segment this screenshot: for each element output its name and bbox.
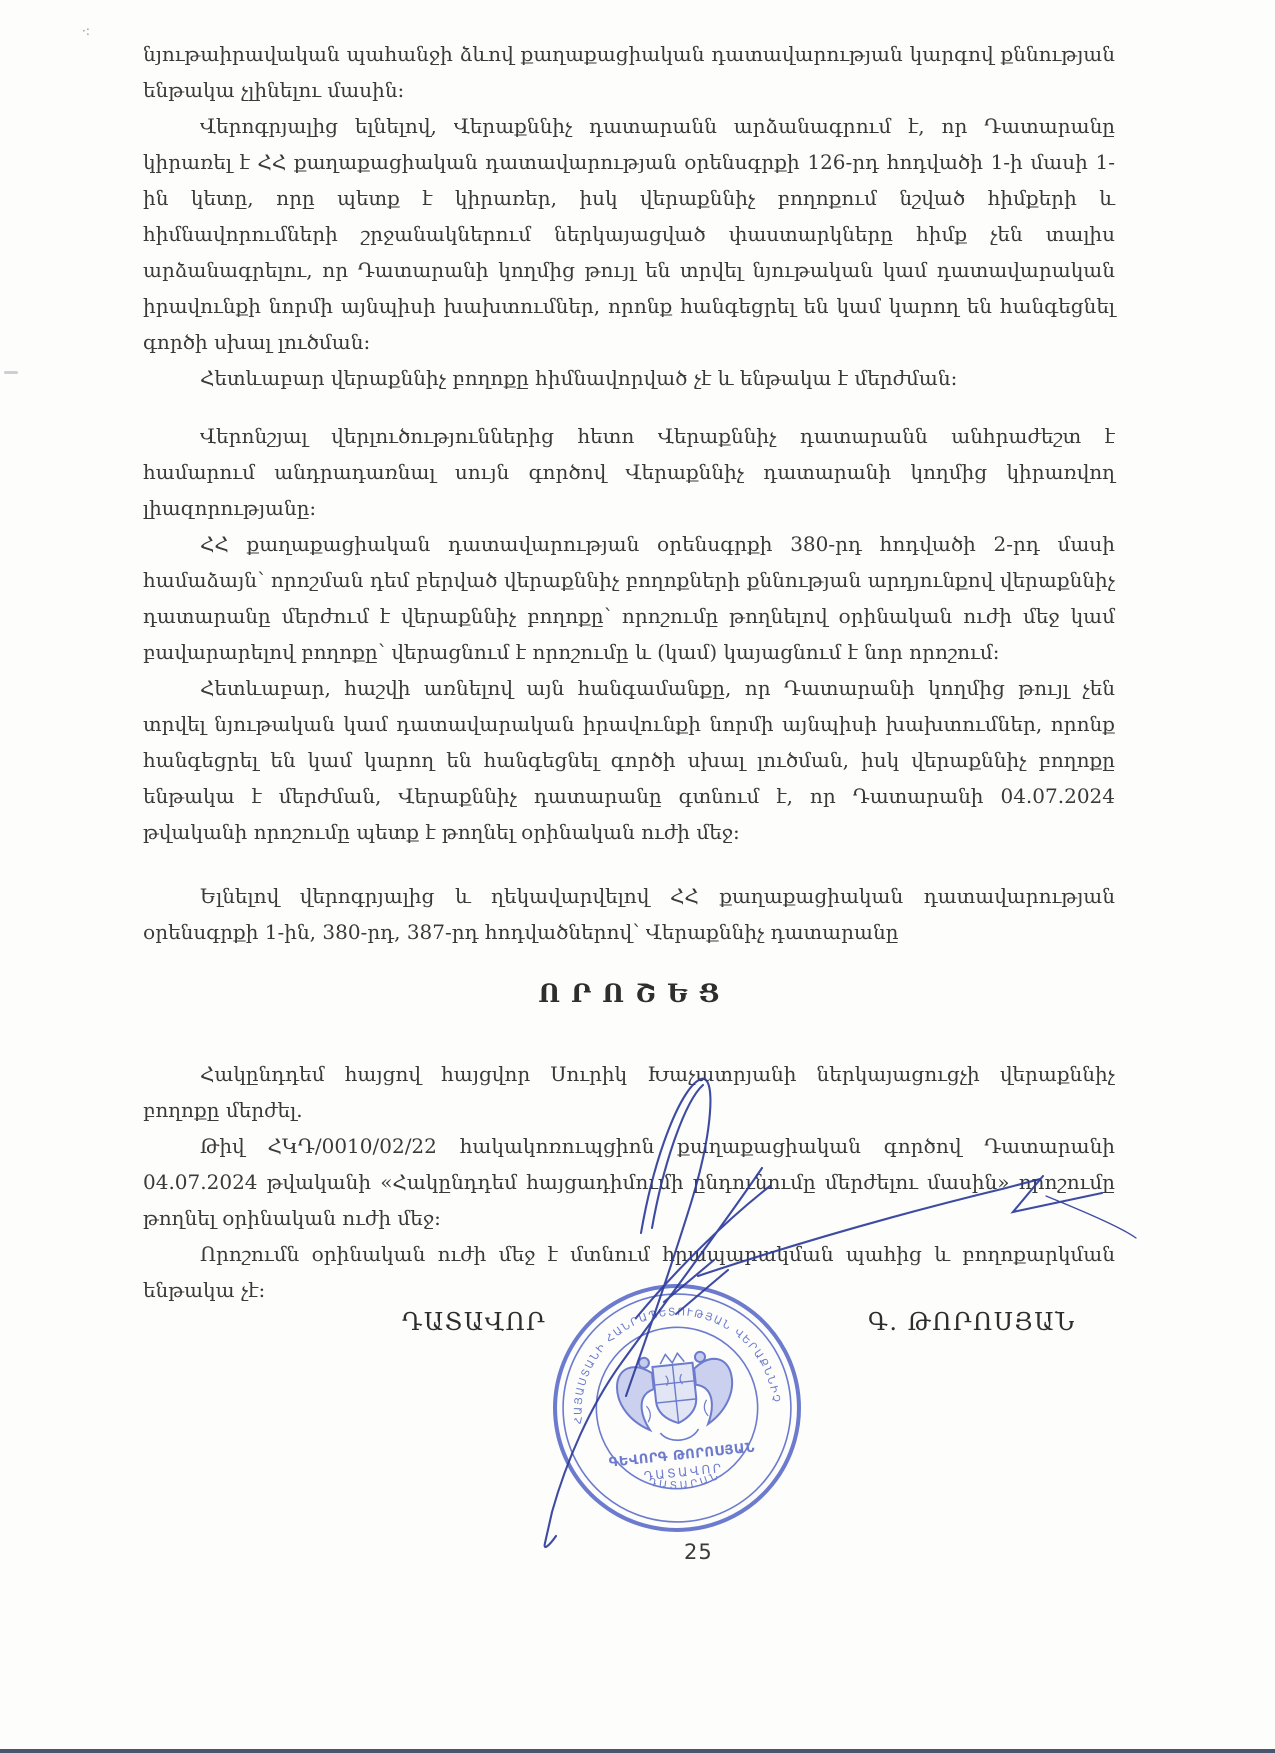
scan-artifact bbox=[4, 371, 18, 374]
document-body: նյութաիրավական պահանջի ձևով քաղաքացիական… bbox=[143, 36, 1115, 1308]
body-text-part1: նյութաիրավական պահանջի ձևով քաղաքացիական… bbox=[143, 36, 1115, 396]
body-text-part3: Ելնելով վերոգրյալից և ղեկավարվելով ՀՀ քա… bbox=[143, 878, 1115, 950]
paragraph: Վերոգրյալից ելնելով, Վերաքննիչ դատարանն … bbox=[143, 108, 1115, 360]
paragraph: Որոշումն օրինական ուժի մեջ է մտնում հրապ… bbox=[143, 1236, 1115, 1308]
scan-edge-shadow bbox=[0, 1749, 1275, 1753]
court-seal-stamp: ՀԱՅԱՍՏԱՆԻ ՀԱՆՐԱՊԵՏՈՒԹՅԱՆ ՎԵՐԱՔՆՆԻՉ ԴԱՏԱՐ… bbox=[539, 1270, 816, 1547]
body-text-part2: Վերոնշյալ վերլուծություններից հետո Վերաք… bbox=[143, 418, 1115, 850]
paragraph: Հետևաբար վերաքննիչ բողոքը հիմնավորված չէ… bbox=[143, 360, 1115, 396]
paragraph: Թիվ ՀԿԴ/0010/02/22 հակակոռուպցիոն քաղաքա… bbox=[143, 1128, 1115, 1236]
coat-of-arms-emblem bbox=[614, 1348, 738, 1446]
paragraph: նյութաիրավական պահանջի ձևով քաղաքացիական… bbox=[143, 36, 1115, 108]
paragraph: Վերոնշյալ վերլուծություններից հետո Վերաք… bbox=[143, 418, 1115, 526]
paragraph: Հետևաբար, հաշվի առնելով այն հանգամանքը, … bbox=[143, 670, 1115, 850]
paragraph-gap bbox=[143, 396, 1115, 418]
judge-name: Գ. ԹՈՐՈՍՅԱՆ bbox=[868, 1308, 1076, 1336]
stamp-ring-text-bottom: ԴԱՏԱՐԱՆ bbox=[646, 1469, 724, 1496]
svg-text:ՀԱՅԱՍՏԱՆԻ ՀԱՆՐԱՊԵՏՈՒԹՅԱՆ ՎԵՐԱՔ: ՀԱՅԱՍՏԱՆԻ ՀԱՆՐԱՊԵՏՈՒԹՅԱՆ ՎԵՐԱՔՆՆԻՉ bbox=[562, 1296, 782, 1425]
stamp-ring-text-top: ՀԱՅԱՍՏԱՆԻ ՀԱՆՐԱՊԵՏՈՒԹՅԱՆ ՎԵՐԱՔՆՆԻՉ bbox=[562, 1296, 782, 1425]
paragraph-gap bbox=[143, 850, 1115, 878]
paragraph: Հակընդդեմ հայցով հայցվոր Սուրիկ Խաչատրյա… bbox=[143, 1056, 1115, 1128]
paragraph: ՀՀ քաղաքացիական դատավարության օրենսգրքի … bbox=[143, 526, 1115, 670]
page-number: 25 bbox=[684, 1540, 713, 1564]
svg-text:ԴԱՏԱՐԱՆ: ԴԱՏԱՐԱՆ bbox=[646, 1469, 724, 1496]
scanned-court-decision-page: ·: նյութաիրավական պահանջի ձևով քաղաքացիա… bbox=[0, 0, 1275, 1753]
verdict-heading: ՈՐՈՇԵՑ bbox=[143, 976, 1115, 1012]
stamp-judge-name: ԳԵՎՈՐԳ ԹՈՐՈՍՅԱՆ bbox=[608, 1441, 756, 1471]
paragraph: Ելնելով վերոգրյալից և ղեկավարվելով ՀՀ քա… bbox=[143, 878, 1115, 950]
body-text-part4: Հակընդդեմ հայցով հայցվոր Սուրիկ Խաչատրյա… bbox=[143, 1056, 1115, 1308]
stamp-judge-role: ԴԱՏԱՎՈՐ bbox=[643, 1461, 724, 1483]
judge-role-label: ԴԱՏԱՎՈՐ bbox=[402, 1308, 546, 1336]
scan-artifact: ·: bbox=[82, 24, 91, 35]
